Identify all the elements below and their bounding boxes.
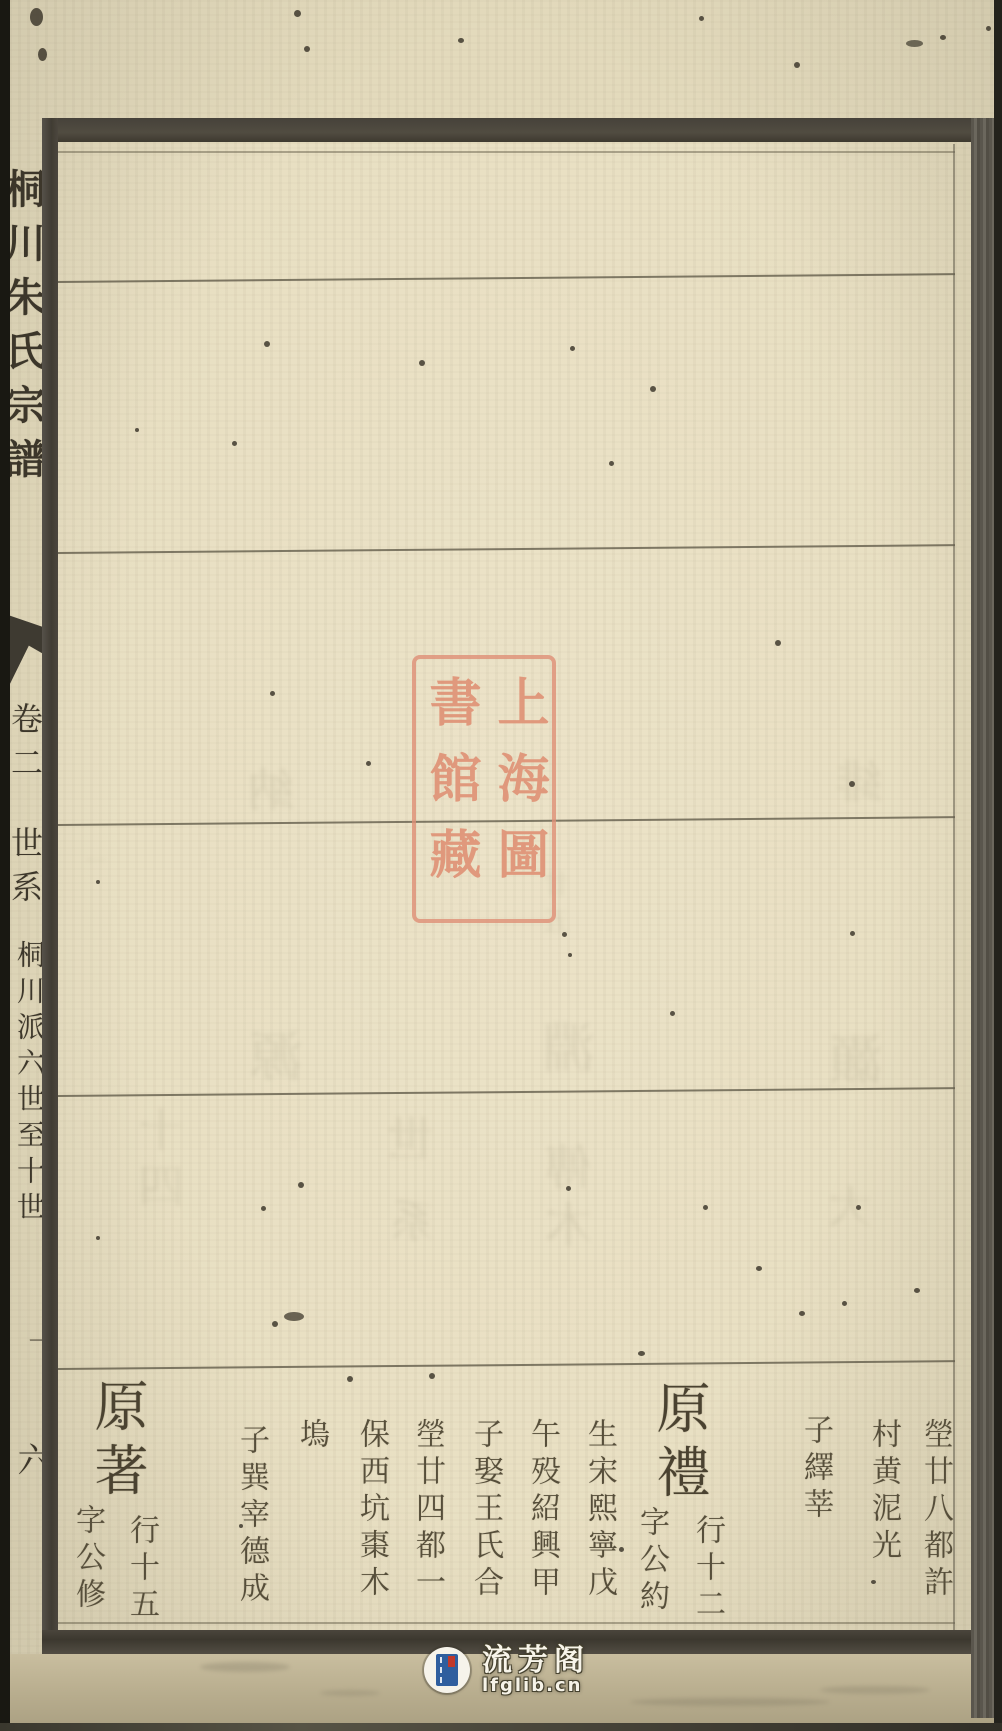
bleedthrough-text: 世	[388, 1114, 443, 1172]
ink-speck	[849, 781, 855, 787]
book-icon	[436, 1654, 458, 1686]
ink-speck	[630, 1698, 830, 1706]
ink-speck	[570, 346, 575, 351]
bleedthrough-text: 一	[86, 850, 111, 882]
watermark-logo	[424, 1647, 470, 1693]
ink-speck	[298, 1182, 304, 1188]
watermark-text: 流芳阁 lfglib.cn	[482, 1645, 590, 1695]
watermark-site-name: 流芳阁	[482, 1645, 590, 1677]
bleedthrough-text: 納	[248, 766, 301, 822]
ink-speck	[38, 48, 47, 61]
ink-speck	[568, 953, 572, 957]
frame-left-border	[42, 118, 58, 1654]
ink-speck	[906, 40, 923, 47]
ink-speck	[429, 1373, 435, 1379]
bleedthrough-text: 灝	[830, 1032, 892, 1096]
ink-speck	[118, 1419, 122, 1423]
ink-speck	[239, 1524, 243, 1528]
ink-speck	[304, 46, 310, 52]
ink-speck	[703, 1205, 708, 1210]
ink-speck	[986, 26, 991, 31]
ink-speck	[347, 1376, 353, 1382]
entry-detail-column: 子娶王氏合	[468, 1418, 502, 1603]
entry-sons-column: 子繹莘	[798, 1414, 832, 1525]
ink-speck	[638, 1351, 645, 1356]
ink-speck	[96, 880, 100, 884]
bleedthrough-text: 緋	[836, 758, 889, 814]
row-divider	[58, 151, 955, 153]
ink-speck	[135, 428, 139, 432]
ink-speck	[871, 1580, 876, 1584]
ink-speck	[940, 35, 946, 40]
ink-speck	[775, 640, 781, 646]
library-collection-seal: 上海圖 書館藏	[412, 655, 556, 923]
entry-detail-column: 保西坑棗木	[354, 1418, 388, 1603]
scan-bottom-edge	[0, 1723, 1002, 1731]
ink-speck	[850, 931, 855, 936]
ink-speck	[856, 1205, 861, 1210]
entry-rank-column: 行十二	[690, 1514, 724, 1625]
ink-speck	[914, 1288, 920, 1293]
spine-volume-label: 卷二	[8, 702, 42, 790]
ink-speck	[619, 1547, 624, 1552]
scan-left-edge	[0, 0, 10, 1731]
entry-courtesy-column: 字公修	[70, 1504, 104, 1615]
ink-speck	[756, 1266, 762, 1271]
entry-courtesy-column: 字公約	[634, 1506, 668, 1617]
ink-speck	[419, 360, 425, 366]
ink-speck	[562, 932, 567, 937]
watermark-domain: lfglib.cn	[482, 1677, 590, 1696]
ink-speck	[200, 1662, 290, 1672]
entry-rank-column: 行十五	[124, 1514, 158, 1625]
bleedthrough-text: 系	[392, 1198, 443, 1252]
ink-speck	[284, 1312, 304, 1321]
ink-speck	[232, 441, 237, 446]
ink-speck	[566, 1186, 571, 1191]
book-title-tag	[448, 1656, 455, 1667]
row-divider	[58, 1622, 955, 1624]
entry-name: 原禮	[650, 1380, 708, 1508]
ink-speck	[294, 10, 301, 17]
page: 上海圖 書館藏 桐川朱氏宗譜 卷二 世系 桐川派六世至十世 一 六 塋廿八都許 …	[0, 0, 1002, 1731]
frame-right-border	[971, 118, 994, 1718]
frame-top-border	[42, 118, 994, 142]
ink-speck	[30, 8, 43, 26]
entry-detail-column: 生宋熙寧戊	[582, 1418, 616, 1603]
ink-speck	[264, 341, 270, 347]
ink-speck	[270, 691, 275, 696]
spine-section-label: 世系	[8, 826, 42, 914]
seal-text-right-column: 上海圖	[490, 675, 546, 903]
ink-speck	[699, 16, 704, 21]
ink-speck	[272, 1321, 278, 1327]
entry-sons-column: 子巽宰德成	[234, 1424, 268, 1609]
ink-speck	[799, 1311, 805, 1316]
entry-burial-column: 塋廿八都許	[918, 1418, 952, 1603]
bleedthrough-text: 傳木	[546, 1142, 601, 1258]
scan-right-edge	[994, 0, 1002, 1731]
ink-speck	[261, 1206, 266, 1211]
entry-burial-column: 村黄泥光	[866, 1418, 900, 1566]
bleedthrough-text: 淵	[542, 1020, 604, 1084]
ink-speck	[794, 62, 800, 68]
seal-text-left-column: 書館藏	[422, 675, 478, 903]
bleedthrough-text: 大	[830, 1184, 881, 1238]
entry-detail-column: 塋廿四都一	[410, 1418, 444, 1603]
spine-generation-range: 桐川派六世至十世	[12, 940, 46, 1228]
entry-detail-column: 午殁紹興甲	[525, 1418, 559, 1603]
book-stitch-detail	[440, 1657, 442, 1683]
entry-detail-column: 塢	[294, 1418, 328, 1455]
bleedthrough-text: 十四	[138, 1106, 191, 1218]
ink-speck	[320, 1690, 380, 1696]
bleedthrough-text: 源	[250, 1028, 312, 1092]
ink-speck	[842, 1301, 847, 1306]
entry-name: 原著	[88, 1378, 146, 1506]
ink-speck	[820, 1686, 930, 1694]
ink-speck	[366, 761, 371, 766]
inner-frame-line	[953, 144, 955, 1630]
ink-speck	[458, 38, 464, 43]
site-watermark: 流芳阁 lfglib.cn	[424, 1645, 590, 1695]
ink-speck	[670, 1011, 675, 1016]
ink-speck	[96, 1236, 100, 1240]
ink-speck	[609, 461, 614, 466]
ink-speck	[650, 386, 656, 392]
